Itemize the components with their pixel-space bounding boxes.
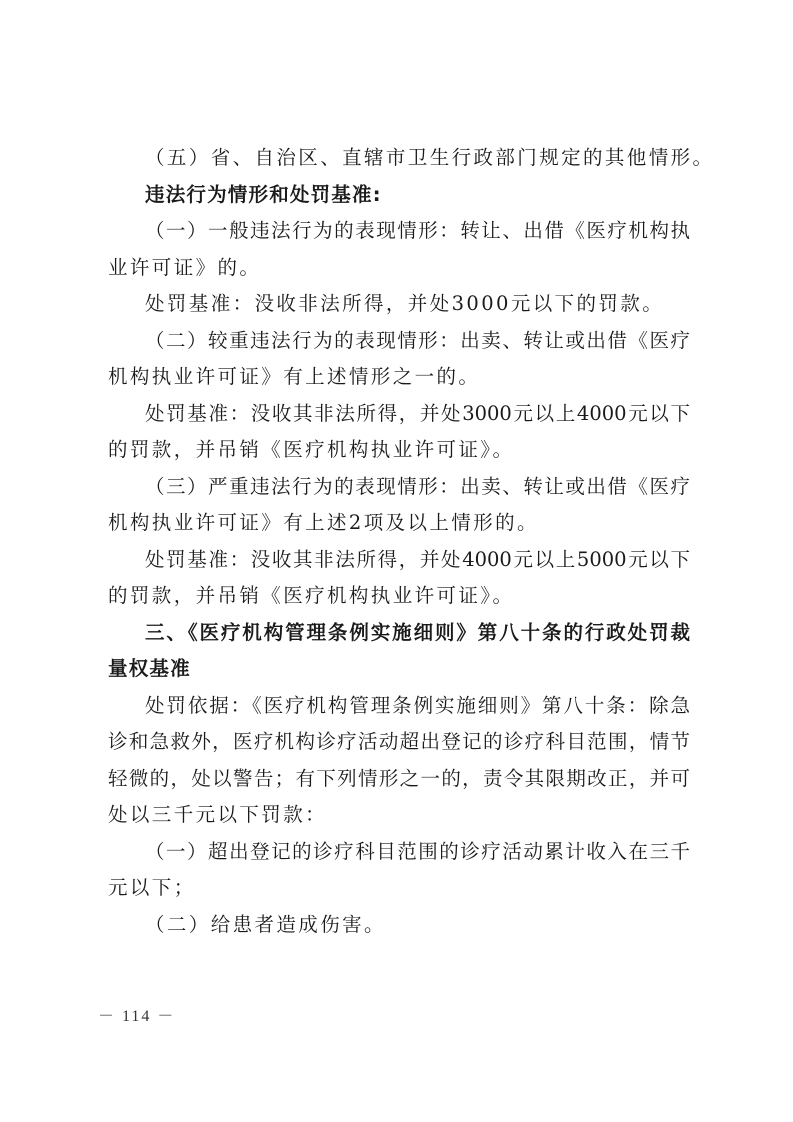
paragraph-line-severe-penalty-cont: 的罚款，并吊销《医疗机构执业许可证》。 [108,578,514,614]
paragraph-line-severe-penalty: 处罚基准：没收其非法所得，并处4000元以上5000元以下 [145,542,690,578]
section-heading-article-80: 三、《医疗机构管理条例实施细则》第八十条的行政处罚裁 [145,615,690,651]
paragraph-line-serious-penalty-cont: 的罚款，并吊销《医疗机构执业许可证》。 [108,432,514,468]
paragraph-line-legal-basis-cont-2: 轻微的，处以警告；有下列情形之一的，责令其限期改正，并可 [108,761,690,797]
paragraph-line-serious-violation: （二）较重违法行为的表现情形：出卖、转让或出借《医疗 [145,323,690,359]
paragraph-line-serious-violation-cont: 机构执业许可证》有上述情形之一的。 [108,359,480,395]
paragraph-line-legal-basis-cont-3: 处以三千元以下罚款： [108,797,327,833]
paragraph-line-general-violation-cont: 业许可证》的。 [108,250,261,286]
paragraph-line-item-5: （五）省、自治区、直辖市卫生行政部门规定的其他情形。 [145,140,714,176]
page-number: － 114 － [98,1003,175,1026]
section-heading-article-80-cont: 量权基准 [108,651,191,687]
paragraph-line-condition-2: （二）给患者造成伤害。 [145,907,386,943]
paragraph-line-general-violation: （一）一般违法行为的表现情形：转让、出借《医疗机构执 [145,213,690,249]
section-heading-violation-criteria: 违法行为情形和处罚基准: [145,177,382,213]
paragraph-line-severe-violation: （三）严重违法行为的表现情形：出卖、转让或出借《医疗 [145,469,690,505]
paragraph-line-serious-penalty: 处罚基准：没收其非法所得，并处3000元以上4000元以下 [145,396,690,432]
paragraph-line-general-penalty: 处罚基准：没收非法所得，并处3000元以下的罚款。 [145,286,664,322]
paragraph-line-condition-1: （一）超出登记的诊疗科目范围的诊疗活动累计收入在三千 [145,834,690,870]
paragraph-line-legal-basis-cont-1: 诊和急救外，医疗机构诊疗活动超出登记的诊疗科目范围，情节 [108,724,690,760]
paragraph-line-legal-basis: 处罚依据：《医疗机构管理条例实施细则》第八十条：除急 [145,688,690,724]
paragraph-line-severe-violation-cont: 机构执业许可证》有上述2项及以上情形的。 [108,505,539,541]
paragraph-line-condition-1-cont: 元以下； [108,870,196,906]
